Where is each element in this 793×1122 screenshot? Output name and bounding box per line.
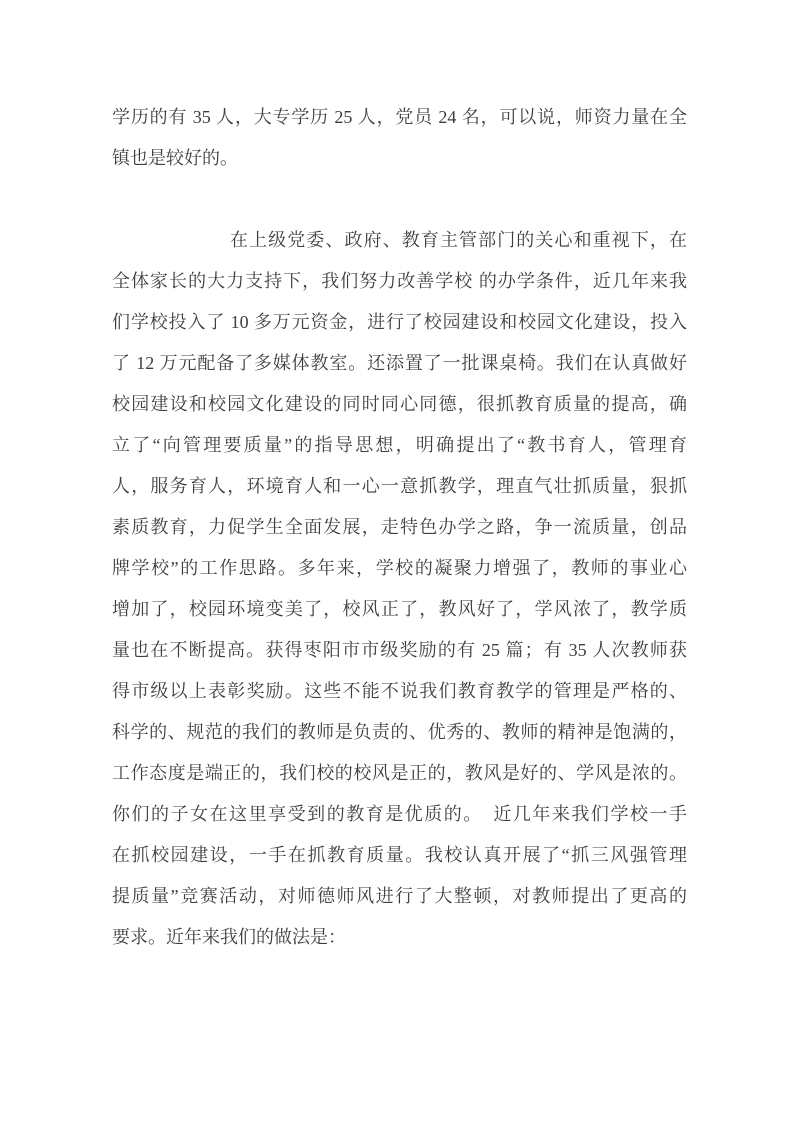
text-line: 增加了，校园环境变美了，校风正了，教风好了，学风浓了，教学质 [112,589,687,630]
text-line: 科学的、规范的我们的教师是负责的、优秀的、教师的精神是饱满的， [112,712,687,753]
text-line: 们学校投入了 10 多万元资金，进行了校园建设和校园文化建设，投入 [112,302,687,343]
text-line: 校园建设和校园文化建设的同时同心同德，很抓教育质量的提高，确 [112,384,687,425]
text-line: 要求。近年来我们的做法是： [112,917,687,958]
text-line: 提质量”竞赛活动，对师德师风进行了大整顿，对教师提出了更高的 [112,876,687,917]
text-line: 得市级以上表彰奖励。这些不能不说我们教育教学的管理是严格的、 [112,671,687,712]
text-line: 量也在不断提高。获得枣阳市市级奖励的有 25 篇；有 35 人次教师获 [112,630,687,671]
text-line: 你们的子女在这里享受到的教育是优质的。 近几年来我们学校一手 [112,794,687,835]
text-line: 在抓校园建设，一手在抓教育质量。我校认真开展了“抓三风强管理 [112,835,687,876]
text-line: 立了“向管理要质量”的指导思想，明确提出了“教书育人，管理育 [112,425,687,466]
document-page: 学历的有 35 人，大专学历 25 人，党员 24 名，可以说，师资力量在全镇也… [0,0,793,1122]
text-line: 工作态度是端正的，我们校的校风是正的，教风是好的、学风是浓的。 [112,753,687,794]
text-line: 素质教育，力促学生全面发展，走特色办学之路，争一流质量，创品 [112,507,687,548]
paragraph-1: 学历的有 35 人，大专学历 25 人，党员 24 名，可以说，师资力量在全镇也… [112,97,687,179]
text-line: 学历的有 35 人，大专学历 25 人，党员 24 名，可以说，师资力量在全 [112,97,687,138]
text-line: 镇也是较好的。 [112,138,687,179]
text-line: 在上级党委、政府、教育主管部门的关心和重视下，在 [112,220,687,261]
document-body: 学历的有 35 人，大专学历 25 人，党员 24 名，可以说，师资力量在全镇也… [112,97,687,958]
paragraph-2: 在上级党委、政府、教育主管部门的关心和重视下，在全体家长的大力支持下，我们努力改… [112,220,687,958]
text-line: 全体家长的大力支持下，我们努力改善学校 的办学条件，近几年来我 [112,261,687,302]
text-line: 了 12 万元配备了多媒体教室。还添置了一批课桌椅。我们在认真做好 [112,343,687,384]
text-line: 牌学校”的工作思路。多年来，学校的凝聚力增强了，教师的事业心 [112,548,687,589]
text-line: 人，服务育人，环境育人和一心一意抓教学，理直气壮抓质量，狠抓 [112,466,687,507]
